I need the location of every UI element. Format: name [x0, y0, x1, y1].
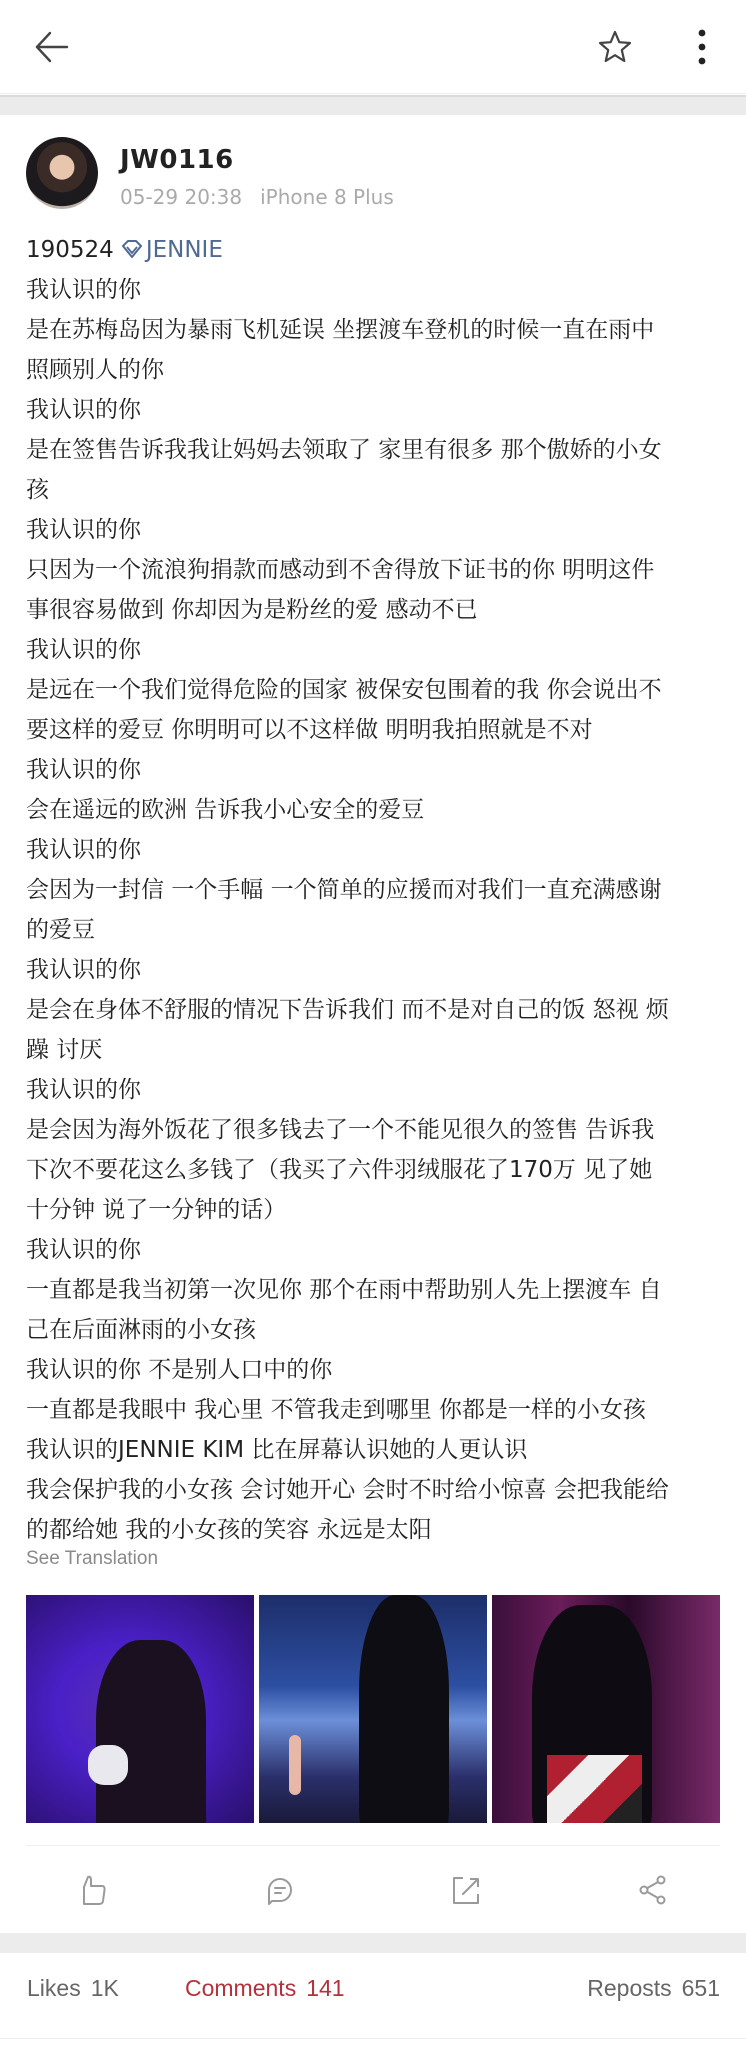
text-line: 我认识的你 [26, 1230, 726, 1270]
share-button[interactable] [560, 1855, 746, 1925]
topic-tag[interactable]: JENNIE [120, 237, 223, 263]
tab-reposts[interactable]: Reposts651 [587, 1975, 720, 2002]
engagement-tabs: Likes1K Comments141 Reposts651 [0, 1975, 746, 2025]
post-tagline: 190524JENNIE [26, 230, 726, 270]
post-meta: 05-29 20:38iPhone 8 Plus [120, 185, 394, 209]
text-line: 只因为一个流浪狗捐款而感动到不舍得放下证书的你 明明这件 [26, 550, 726, 590]
text-line: 的爱豆 [26, 910, 726, 950]
diamond-icon [120, 238, 144, 260]
like-button[interactable] [0, 1855, 187, 1925]
comments-label: Comments [185, 1975, 296, 2001]
text-line: 我认识的JENNIE KIM 比在屏幕认识她的人更认识 [26, 1430, 726, 1470]
text-line: 我认识的你 [26, 950, 726, 990]
section-separator [0, 1933, 746, 1953]
text-line: 我认识的你 [26, 270, 726, 310]
post-device: iPhone 8 Plus [260, 185, 394, 209]
text-line: 是在苏梅岛因为暴雨飞机延误 坐摆渡车登机的时候一直在雨中 [26, 310, 726, 350]
arrow-left-icon [31, 27, 71, 67]
comment-button[interactable] [187, 1855, 374, 1925]
photo-1[interactable] [26, 1595, 254, 1823]
post-timestamp: 05-29 20:38 [120, 185, 242, 209]
divider [0, 2038, 746, 2039]
text-line: 我认识的你 [26, 510, 726, 550]
text-line: 十分钟 说了一分钟的话） [26, 1190, 726, 1230]
skirt-pattern [547, 1755, 642, 1823]
topic-tag-label: JENNIE [146, 237, 223, 263]
reposts-count: 651 [682, 1975, 720, 2001]
lightstick-shape [289, 1735, 301, 1795]
divider [26, 1845, 720, 1846]
text-line: 躁 讨厌 [26, 1030, 726, 1070]
text-line: 我会保护我的小女孩 会讨她开心 会时不时给小惊喜 会把我能给 [26, 1470, 726, 1510]
text-line: 一直都是我眼中 我心里 不管我走到哪里 你都是一样的小女孩 [26, 1390, 726, 1430]
likes-count: 1K [91, 1975, 119, 2001]
photo-2[interactable] [259, 1595, 487, 1823]
more-options-button[interactable] [677, 22, 727, 72]
text-line: 是远在一个我们觉得危险的国家 被保安包围着的我 你会说出不 [26, 670, 726, 710]
text-line: 是会因为海外饭花了很多钱去了一个不能见很久的签售 告诉我 [26, 1110, 726, 1150]
text-line: 要这样的爱豆 你明明可以不这样做 明明我拍照就是不对 [26, 710, 726, 750]
comment-bubble-icon [263, 1873, 297, 1907]
text-line: 孩 [26, 470, 726, 510]
towel-shape [88, 1745, 128, 1785]
section-separator [0, 95, 746, 115]
comments-count: 141 [306, 1975, 344, 2001]
text-line: 我认识的你 [26, 830, 726, 870]
likes-label: Likes [27, 1975, 81, 2001]
text-line: 照顾别人的你 [26, 350, 726, 390]
date-code: 190524 [26, 237, 114, 263]
repost-button[interactable] [373, 1855, 560, 1925]
text-line: 事很容易做到 你却因为是粉丝的爱 感动不已 [26, 590, 726, 630]
text-line: 己在后面淋雨的小女孩 [26, 1310, 726, 1350]
repost-arrow-icon [449, 1873, 483, 1907]
star-outline-icon [597, 29, 633, 65]
top-app-bar [0, 0, 746, 94]
action-bar [0, 1855, 746, 1925]
username[interactable]: JW0116 [120, 145, 234, 175]
reposts-label: Reposts [587, 1975, 671, 2001]
text-line: 一直都是我当初第一次见你 那个在雨中帮助别人先上摆渡车 自 [26, 1270, 726, 1310]
tab-comments[interactable]: Comments141 [185, 1975, 345, 2002]
text-line: 下次不要花这么多钱了（我买了六件羽绒服花了170万 见了她 [26, 1150, 726, 1190]
text-line: 我认识的你 不是别人口中的你 [26, 1350, 726, 1390]
text-line: 我认识的你 [26, 630, 726, 670]
text-line: 是在签售告诉我我让妈妈去领取了 家里有很多 那个傲娇的小女 [26, 430, 726, 470]
vertical-ellipsis-icon [696, 27, 708, 67]
photo-3[interactable] [492, 1595, 720, 1823]
share-nodes-icon [636, 1873, 670, 1907]
text-line: 我认识的你 [26, 390, 726, 430]
text-line: 我认识的你 [26, 750, 726, 790]
avatar[interactable] [26, 137, 98, 209]
text-line: 的都给她 我的小女孩的笑容 永远是太阳 [26, 1510, 726, 1550]
image-grid [26, 1595, 720, 1823]
text-line: 会因为一封信 一个手幅 一个简单的应援而对我们一直充满感谢 [26, 870, 726, 910]
text-line: 会在遥远的欧洲 告诉我小心安全的爱豆 [26, 790, 726, 830]
tab-likes[interactable]: Likes1K [27, 1975, 119, 2002]
text-line: 我认识的你 [26, 1070, 726, 1110]
favorite-button[interactable] [590, 22, 640, 72]
see-translation-link[interactable]: See Translation [26, 1548, 158, 1570]
back-button[interactable] [26, 22, 76, 72]
post-body: 190524JENNIE 我认识的你 是在苏梅岛因为暴雨飞机延误 坐摆渡车登机的… [26, 230, 726, 1550]
thumbs-up-icon [76, 1873, 110, 1907]
text-line: 是会在身体不舒服的情况下告诉我们 而不是对自己的饭 怒视 烦 [26, 990, 726, 1030]
